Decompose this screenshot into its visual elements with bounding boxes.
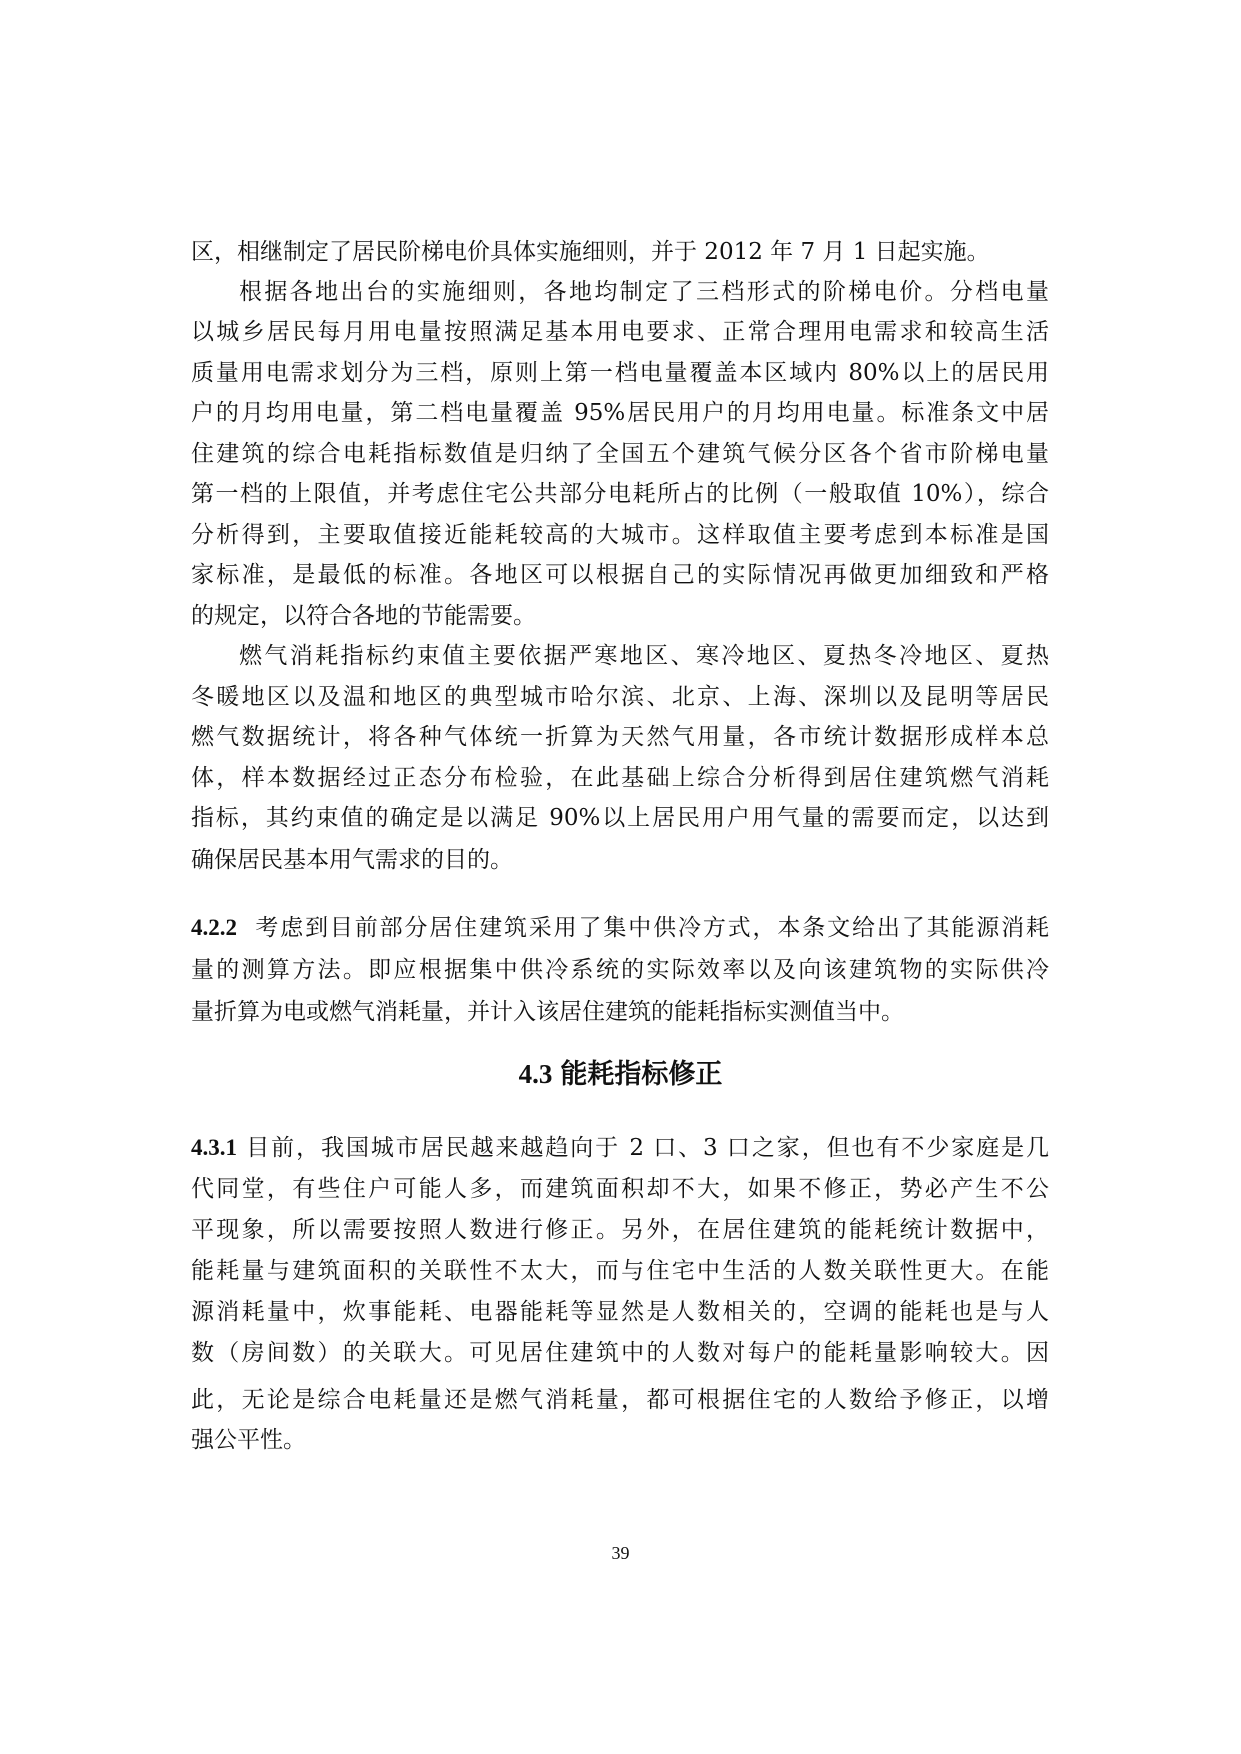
paragraph-line: 质量用电需求划分为三档，原则上第一档电量覆盖本区域内 80%以上的居民用 [191,358,1049,388]
paragraph-line: 区，相继制定了居民阶梯电价具体实施细则，并于 2012 年 7 月 1 日起实施… [191,237,1049,267]
clause-line: 代同堂，有些住户可能人多，而建筑面积却不大，如果不修正，势必产生不公 [191,1174,1049,1204]
section-title: 能耗指标修正 [560,1059,722,1090]
clause-line: 数（房间数）的关联大。可见居住建筑中的人数对每户的能耗量影响较大。因 [191,1338,1049,1368]
clause-line: 4.2.2 考虑到目前部分居住建筑采用了集中供冷方式，本条文给出了其能源消耗 [191,913,1049,943]
paragraph-line: 第一档的上限值，并考虑住宅公共部分电耗所占的比例（一般取值 10%），综合 [191,479,1049,509]
clause-number: 4.3.1 [191,1135,237,1160]
paragraph-line: 冬暖地区以及温和地区的典型城市哈尔滨、北京、上海、深圳以及昆明等居民 [191,682,1049,712]
section-heading: 4.3能耗指标修正 [0,1056,1241,1092]
paragraph-line: 户的月均用电量，第二档电量覆盖 95%居民用户的月均用电量。标准条文中居 [191,398,1049,428]
paragraph-line: 分析得到，主要取值接近能耗较高的大城市。这样取值主要考虑到本标准是国 [191,520,1049,550]
document-page: 区，相继制定了居民阶梯电价具体实施细则，并于 2012 年 7 月 1 日起实施… [0,0,1241,1754]
clause-line: 源消耗量中，炊事能耗、电器能耗等显然是人数相关的，空调的能耗也是与人 [191,1297,1049,1327]
section-number: 4.3 [519,1059,553,1089]
paragraph-line: 指标，其约束值的确定是以满足 90%以上居民用户用气量的需要而定，以达到 [191,803,1049,833]
paragraph-line: 以城乡居民每月用电量按照满足基本用电要求、正常合理用电需求和较高生活 [191,317,1049,347]
clause-number: 4.2.2 [191,915,237,940]
clause-line: 量的测算方法。即应根据集中供冷系统的实际效率以及向该建筑物的实际供冷 [191,955,1049,985]
clause-line: 此，无论是综合电耗量还是燃气消耗量，都可根据住宅的人数给予修正，以增 [191,1385,1049,1415]
page-number: 39 [0,1541,1241,1565]
paragraph-line: 家标准，是最低的标准。各地区可以根据自己的实际情况再做更加细致和严格 [191,560,1049,590]
paragraph-line: 根据各地出台的实施细则，各地均制定了三档形式的阶梯电价。分档电量 [239,277,1049,307]
paragraph-line: 确保居民基本用气需求的目的。 [191,845,1049,875]
paragraph-line: 体，样本数据经过正态分布检验，在此基础上综合分析得到居住建筑燃气消耗 [191,763,1049,793]
clause-line: 4.3.1 目前，我国城市居民越来越趋向于 2 口、3 口之家，但也有不少家庭是… [191,1133,1049,1163]
clause-line: 强公平性。 [191,1425,1049,1455]
clause-text: 考虑到目前部分居住建筑采用了集中供冷方式，本条文给出了其能源消耗 [255,915,1049,941]
paragraph-line: 住建筑的综合电耗指标数值是归纳了全国五个建筑气候分区各个省市阶梯电量 [191,439,1049,469]
paragraph-line: 的规定，以符合各地的节能需要。 [191,601,1049,631]
paragraph-line: 燃气消耗指标约束值主要依据严寒地区、寒冷地区、夏热冬冷地区、夏热 [239,641,1049,671]
clause-line: 平现象，所以需要按照人数进行修正。另外，在居住建筑的能耗统计数据中， [191,1215,1049,1245]
clause-line: 能耗量与建筑面积的关联性不太大，而与住宅中生活的人数关联性更大。在能 [191,1256,1049,1286]
clause-text: 目前，我国城市居民越来越趋向于 2 口、3 口之家，但也有不少家庭是几 [246,1135,1049,1161]
paragraph-line: 燃气数据统计，将各种气体统一折算为天然气用量，各市统计数据形成样本总 [191,722,1049,752]
clause-line: 量折算为电或燃气消耗量，并计入该居住建筑的能耗指标实测值当中。 [191,997,1049,1027]
